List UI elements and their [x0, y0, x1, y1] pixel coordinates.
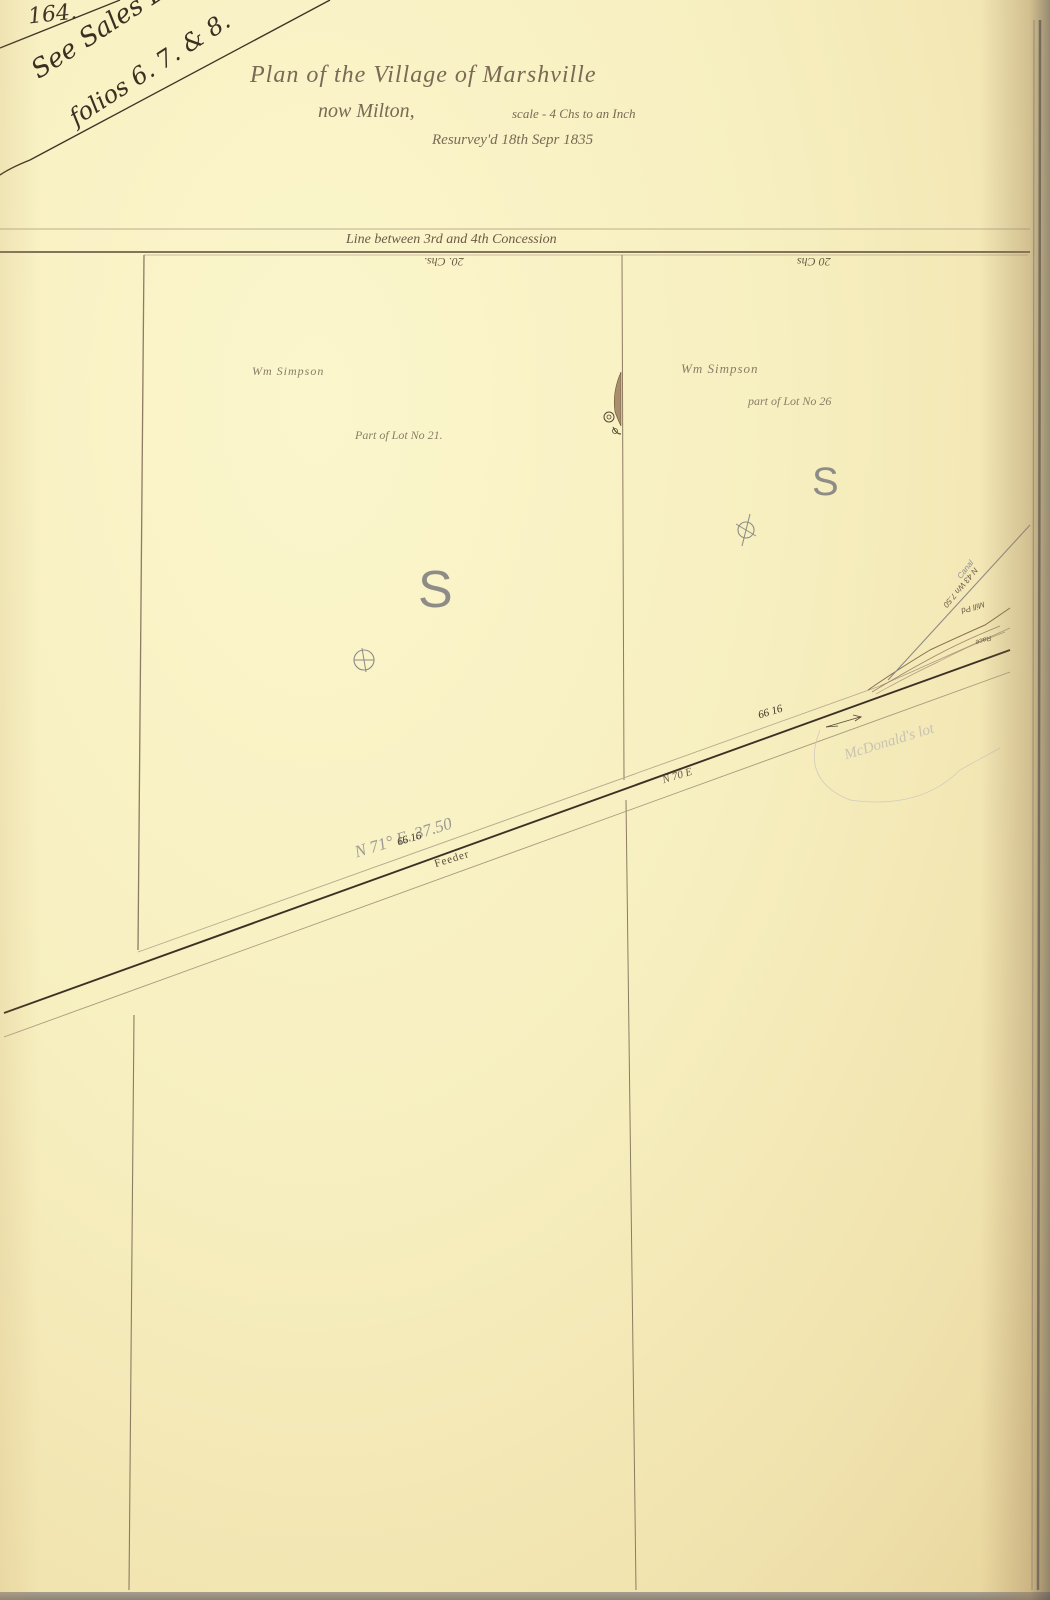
lot-boundary-west: [138, 255, 144, 950]
pencil-mark-s: S: [418, 560, 453, 620]
pencil-mark-s: S: [812, 460, 839, 505]
feeder-south-bank: [4, 672, 1010, 1037]
lot-boundary-middle: [622, 255, 624, 780]
chain-label-east: 20 Chs: [797, 254, 831, 269]
direction-arrow-icon: [826, 715, 861, 727]
survey-cross-marker-icon: [354, 648, 374, 672]
feeder-north-bank: [138, 686, 880, 952]
parcel-owner-east: Wm Simpson: [681, 361, 759, 377]
binding-edge: [1038, 20, 1040, 1590]
plan-scale: scale - 4 Chs to an Inch: [512, 106, 635, 122]
ledger-page: 164. See Sales Book folios 6. 7. & 8. Pl…: [0, 0, 1050, 1600]
parcel-owner-west: Wm Simpson: [252, 364, 324, 379]
chain-label-west: 20. Chs.: [424, 254, 464, 269]
survey-cross-marker-icon: [736, 514, 756, 546]
pencil-survey-line: [888, 525, 1030, 680]
parcel-lot-west: Part of Lot No 21.: [355, 428, 443, 443]
mill-race: [868, 608, 1010, 690]
lot-boundary-west-south: [129, 1015, 134, 1590]
page-bottom-edge: [0, 1592, 1050, 1600]
north-arrow-icon: [604, 372, 621, 434]
concession-line-label: Line between 3rd and 4th Concession: [346, 232, 557, 248]
lot-boundary-middle-south: [626, 800, 636, 1590]
folio-number: 164.: [27, 0, 78, 29]
resurvey-date: Resurvey'd 18th Sepr 1835: [432, 132, 593, 149]
parcel-lot-east: part of Lot No 26: [748, 394, 831, 409]
plan-subtitle: now Milton,: [318, 100, 415, 123]
binding-fold: [1032, 20, 1034, 1590]
feeder-centerline: [4, 650, 1010, 1013]
plan-title: Plan of the Village of Marshville: [250, 62, 597, 89]
